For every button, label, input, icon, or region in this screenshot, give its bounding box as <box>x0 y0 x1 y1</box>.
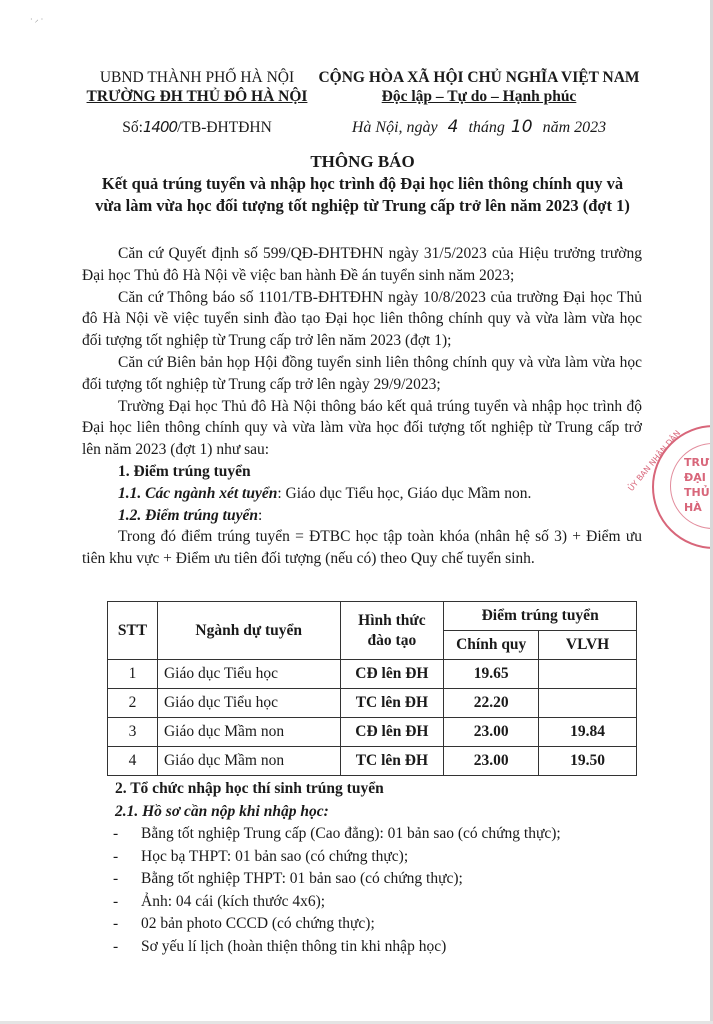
table-row: 1 Giáo dục Tiểu học CĐ lên ĐH 19.65 <box>108 660 637 689</box>
nation-name: CỘNG HÒA XÃ HỘI CHỦ NGHĨA VIỆT NAM <box>318 68 640 87</box>
school-name: TRƯỜNG ĐH THỦ ĐÔ HÀ NỘI <box>72 87 322 106</box>
paragraph: Trường Đại học Thủ đô Hà Nội thông báo k… <box>82 396 642 461</box>
section-2: 2. Tổ chức nhập học thí sinh trúng tuyển… <box>115 778 675 958</box>
list-item: -Sơ yếu lí lịch (hoàn thiện thông tin kh… <box>113 936 675 959</box>
authority-name: UBND THÀNH PHỐ HÀ NỘI <box>72 68 322 87</box>
paragraph: Căn cứ Quyết định số 599/QĐ-ĐHTĐHN ngày … <box>82 243 642 287</box>
seal-center-text: TRƯ ĐẠI THỦ HÀ <box>684 455 710 515</box>
document-page: · ⸝ · UBND THÀNH PHỐ HÀ NỘI TRƯỜNG ĐH TH… <box>0 0 713 1024</box>
paragraph: Căn cứ Thông báo số 1101/TB-ĐHTĐHN ngày … <box>82 287 642 352</box>
required-documents-list: -Bằng tốt nghiệp Trung cấp (Cao đẳng): 0… <box>113 823 675 958</box>
col-score-group: Điểm trúng tuyển <box>444 602 637 631</box>
col-parttime: VLVH <box>539 631 637 660</box>
handwritten-number: 1400 <box>143 118 177 136</box>
scan-specks: · ⸝ · <box>30 14 43 25</box>
official-seal-stamp: ỦY BAN NHÂN DÂN TRƯ ĐẠI THỦ HÀ <box>652 425 713 549</box>
admission-scores-table: STT Ngành dự tuyển Hình thức đào tạo Điể… <box>107 601 637 776</box>
title-line-1: Kết quả trúng tuyển và nhập học trình độ… <box>70 173 655 195</box>
section-1-heading: 1. Điểm trúng tuyển <box>82 461 642 483</box>
section-1-2: 1.2. Điểm trúng tuyển: <box>82 505 642 527</box>
handwritten-day: 4 <box>442 117 465 137</box>
document-number: Số:1400/TB-ĐHTĐHN <box>72 118 322 137</box>
table-row: 2 Giáo dục Tiểu học TC lên ĐH 22.20 <box>108 689 637 718</box>
national-motto: Độc lập – Tự do – Hạnh phúc <box>318 87 640 106</box>
list-item: -Ảnh: 04 cái (kích thước 4x6); <box>113 891 675 914</box>
issue-date: Hà Nội, ngày 4 tháng10 năm 2023 <box>318 118 640 137</box>
col-stt: STT <box>108 602 158 660</box>
list-item: -Bằng tốt nghiệp THPT: 01 bản sao (có ch… <box>113 868 675 891</box>
list-item: -Học bạ THPT: 01 bản sao (có chứng thực)… <box>113 846 675 869</box>
col-form: Hình thức đào tạo <box>340 602 444 660</box>
header-left: UBND THÀNH PHỐ HÀ NỘI TRƯỜNG ĐH THỦ ĐÔ H… <box>72 68 322 137</box>
section-2-1-heading: 2.1. Hồ sơ cần nộp khi nhập học: <box>115 801 675 824</box>
list-item: -Bằng tốt nghiệp Trung cấp (Cao đẳng): 0… <box>113 823 675 846</box>
handwritten-month: 10 <box>505 117 539 137</box>
col-regular: Chính quy <box>444 631 539 660</box>
section-1-1: 1.1. Các ngành xét tuyển: Giáo dục Tiểu … <box>82 483 642 505</box>
document-body: Căn cứ Quyết định số 599/QĐ-ĐHTĐHN ngày … <box>82 243 642 570</box>
section-2-heading: 2. Tổ chức nhập học thí sinh trúng tuyển <box>115 778 675 801</box>
title-line-2: vừa làm vừa học đối tượng tốt nghiệp từ … <box>70 195 655 217</box>
table-row: 4 Giáo dục Mầm non TC lên ĐH 23.00 19.50 <box>108 747 637 776</box>
col-major: Ngành dự tuyển <box>157 602 340 660</box>
paragraph: Căn cứ Biên bản họp Hội đồng tuyển sinh … <box>82 352 642 396</box>
table-row: 3 Giáo dục Mầm non CĐ lên ĐH 23.00 19.84 <box>108 718 637 747</box>
list-item: -02 bản photo CCCD (có chứng thực); <box>113 913 675 936</box>
header-right: CỘNG HÒA XÃ HỘI CHỦ NGHĨA VIỆT NAM Độc l… <box>318 68 640 137</box>
document-title: THÔNG BÁO Kết quả trúng tuyển và nhập họ… <box>70 151 655 217</box>
title-main: THÔNG BÁO <box>70 151 655 173</box>
score-formula: Trong đó điểm trúng tuyển = ĐTBC học tập… <box>82 526 642 570</box>
